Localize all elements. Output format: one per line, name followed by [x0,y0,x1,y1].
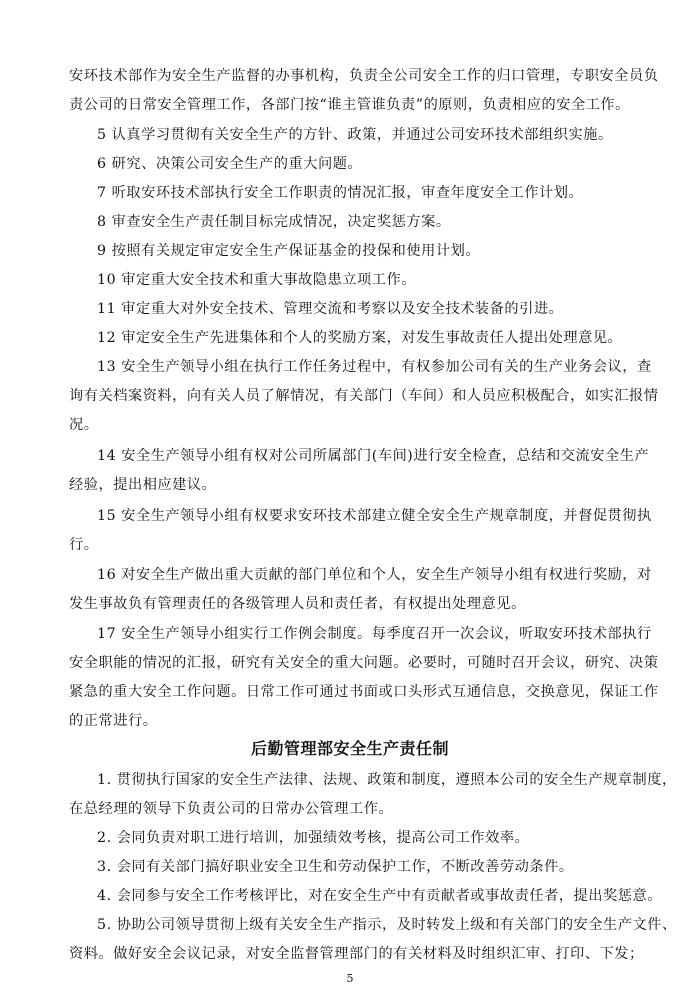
item-13-cont: 况。 [69,415,639,435]
item-13-cont: 询有关档案资料，向有关人员了解情况，有关部门（车间）和人员应积极配合，如实汇报情 [69,386,639,406]
duty-5-cont: 资料。做好安全会议记录，对安全监督管理部门的有关材料及时组织汇审、打印、下发； [69,944,639,964]
page-number: 5 [0,972,700,986]
item-17-cont: 紧急的重大安全工作问题。日常工作可通过书面或口头形式互通信息，交换意见，保证工作 [69,682,639,702]
document-page: 安环技术部作为安全生产监督的办事机构，负责全公司安全工作的归口管理，专职安全员负… [0,0,700,990]
item-14-cont: 经验，提出相应建议。 [69,475,639,495]
item-17: 17 安全生产领导小组实行工作例会制度。每季度召开一次会议，听取安环技术部执行 [97,624,667,644]
item-13: 13 安全生产领导小组在执行工作任务过程中，有权参加公司有关的生产业务会议，查 [97,357,667,377]
duty-5: 5. 协助公司领导贯彻上级有关安全生产指示，及时转发上级和有关部门的安全生产文件… [97,915,667,935]
item-11: 11 审定重大对外安全技术、管理交流和考察以及安全技术装备的引进。 [97,299,667,319]
item-16-cont: 发生事故负有管理责任的各级管理人员和责任者，有权提出处理意见。 [69,594,639,614]
item-9: 9 按照有关规定审定安全生产保证基金的投保和使用计划。 [97,241,667,261]
duty-3: 3. 会同有关部门搞好职业安全卫生和劳动保护工作，不断改善劳动条件。 [97,857,667,877]
section-title: 后勤管理部安全生产责任制 [0,738,700,760]
item-16: 16 对安全生产做出重大贡献的部门单位和个人，安全生产领导小组有权进行奖励，对 [97,565,667,585]
item-6: 6 研究、决策公司安全生产的重大问题。 [97,154,667,174]
item-10: 10 审定重大安全技术和重大事故隐患立项工作。 [97,270,667,290]
item-14: 14 安全生产领导小组有权对公司所属部门(车间)进行安全检查，总结和交流安全生产 [97,446,667,466]
duty-1-cont: 在总经理的领导下负责公司的日常办公管理工作。 [69,799,639,819]
item-7: 7 听取安环技术部执行安全工作职责的情况汇报，审查年度安全工作计划。 [97,183,667,203]
item-15: 15 安全生产领导小组有权要求安环技术部建立健全安全生产规章制度，并督促贯彻执 [97,506,667,526]
duty-4: 4. 会同参与安全工作考核评比，对在安全生产中有贡献者或事故责任者，提出奖惩意。 [97,886,667,906]
duty-1: 1. 贯彻执行国家的安全生产法律、法规、政策和制度，遵照本公司的安全生产规章制度… [97,770,667,790]
paragraph-line: 责公司的日常安全管理工作，各部门按“谁主管谁负责”的原则，负责相应的安全工作。 [69,95,639,115]
item-15-cont: 行。 [69,535,639,555]
item-5: 5 认真学习贯彻有关安全生产的方针、政策，并通过公司安环技术部组织实施。 [97,125,667,145]
duty-2: 2. 会同负责对职工进行培训，加强绩效考核，提高公司工作效率。 [97,828,667,848]
item-8: 8 审查安全生产责任制目标完成情况，决定奖惩方案。 [97,212,667,232]
paragraph-line: 安环技术部作为安全生产监督的办事机构，负责全公司安全工作的归口管理，专职安全员负 [69,66,639,86]
item-12: 12 审定安全生产先进集体和个人的奖励方案，对发生事故责任人提出处理意见。 [97,328,667,348]
item-17-cont: 的正常进行。 [69,711,639,731]
item-17-cont: 安全职能的情况的汇报，研究有关安全的重大问题。必要时，可随时召开会议，研究、决策 [69,653,639,673]
